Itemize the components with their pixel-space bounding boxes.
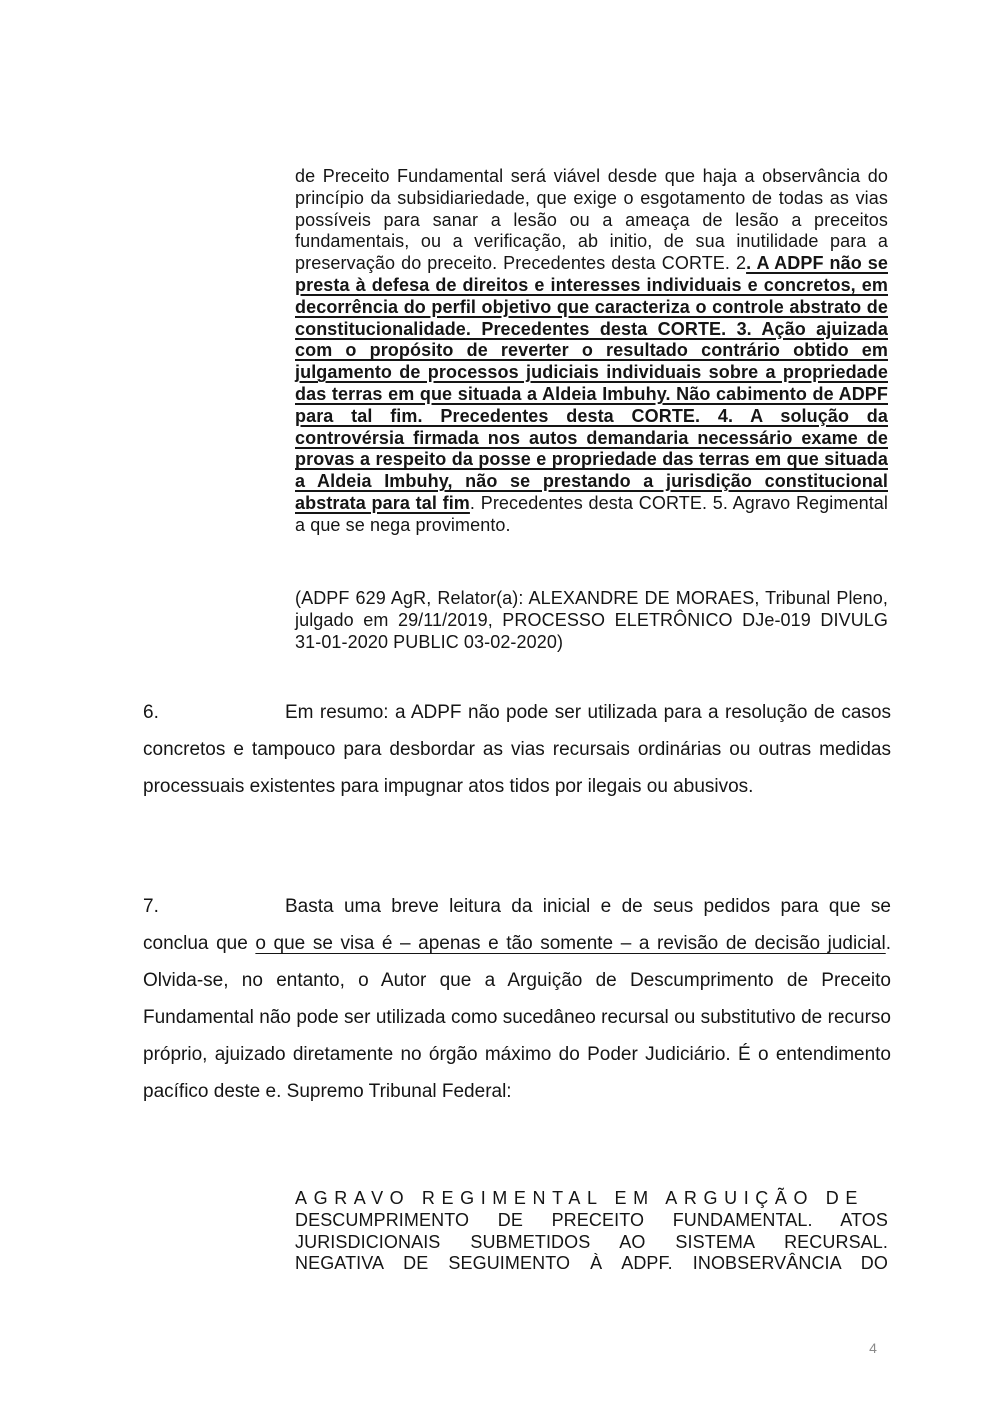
excerpt-quote-agravo-header: AGRAVO REGIMENTAL EM ARGUIÇÃO DE DESCUMP… — [295, 1188, 888, 1275]
paragraph-6: 6.Em resumo: a ADPF não pode ser utiliza… — [143, 694, 891, 805]
agravo-header-line-2: DESCUMPRIMENTO DE PRECEITO FUNDAMENTAL. … — [295, 1210, 888, 1232]
excerpt-bold-underlined: . A ADPF não se presta à defesa de direi… — [295, 253, 888, 513]
document-page: de Preceito Fundamental será viável desd… — [0, 0, 1000, 1416]
paragraph-7-text-end: . Olvida-se, no entanto, o Autor que a A… — [143, 933, 891, 1102]
paragraph-6-number: 6. — [143, 694, 285, 731]
agravo-header-line-1: AGRAVO REGIMENTAL EM ARGUIÇÃO DE — [295, 1188, 888, 1210]
agravo-header-line-3: JURISDICIONAIS SUBMETIDOS AO SISTEMA REC… — [295, 1232, 888, 1254]
citation-reference: (ADPF 629 AgR, Relator(a): ALEXANDRE DE … — [295, 588, 888, 653]
paragraph-7-number: 7. — [143, 888, 285, 925]
page-number: 4 — [856, 1340, 890, 1356]
paragraph-7: 7.Basta uma breve leitura da inicial e d… — [143, 888, 891, 1110]
excerpt-quote-decision: de Preceito Fundamental será viável desd… — [295, 166, 888, 537]
paragraph-7-underlined: o que se visa é – apenas e tão somente –… — [255, 933, 885, 954]
agravo-header-line-4: NEGATIVA DE SEGUIMENTO À ADPF. INOBSERVÂ… — [295, 1253, 888, 1275]
